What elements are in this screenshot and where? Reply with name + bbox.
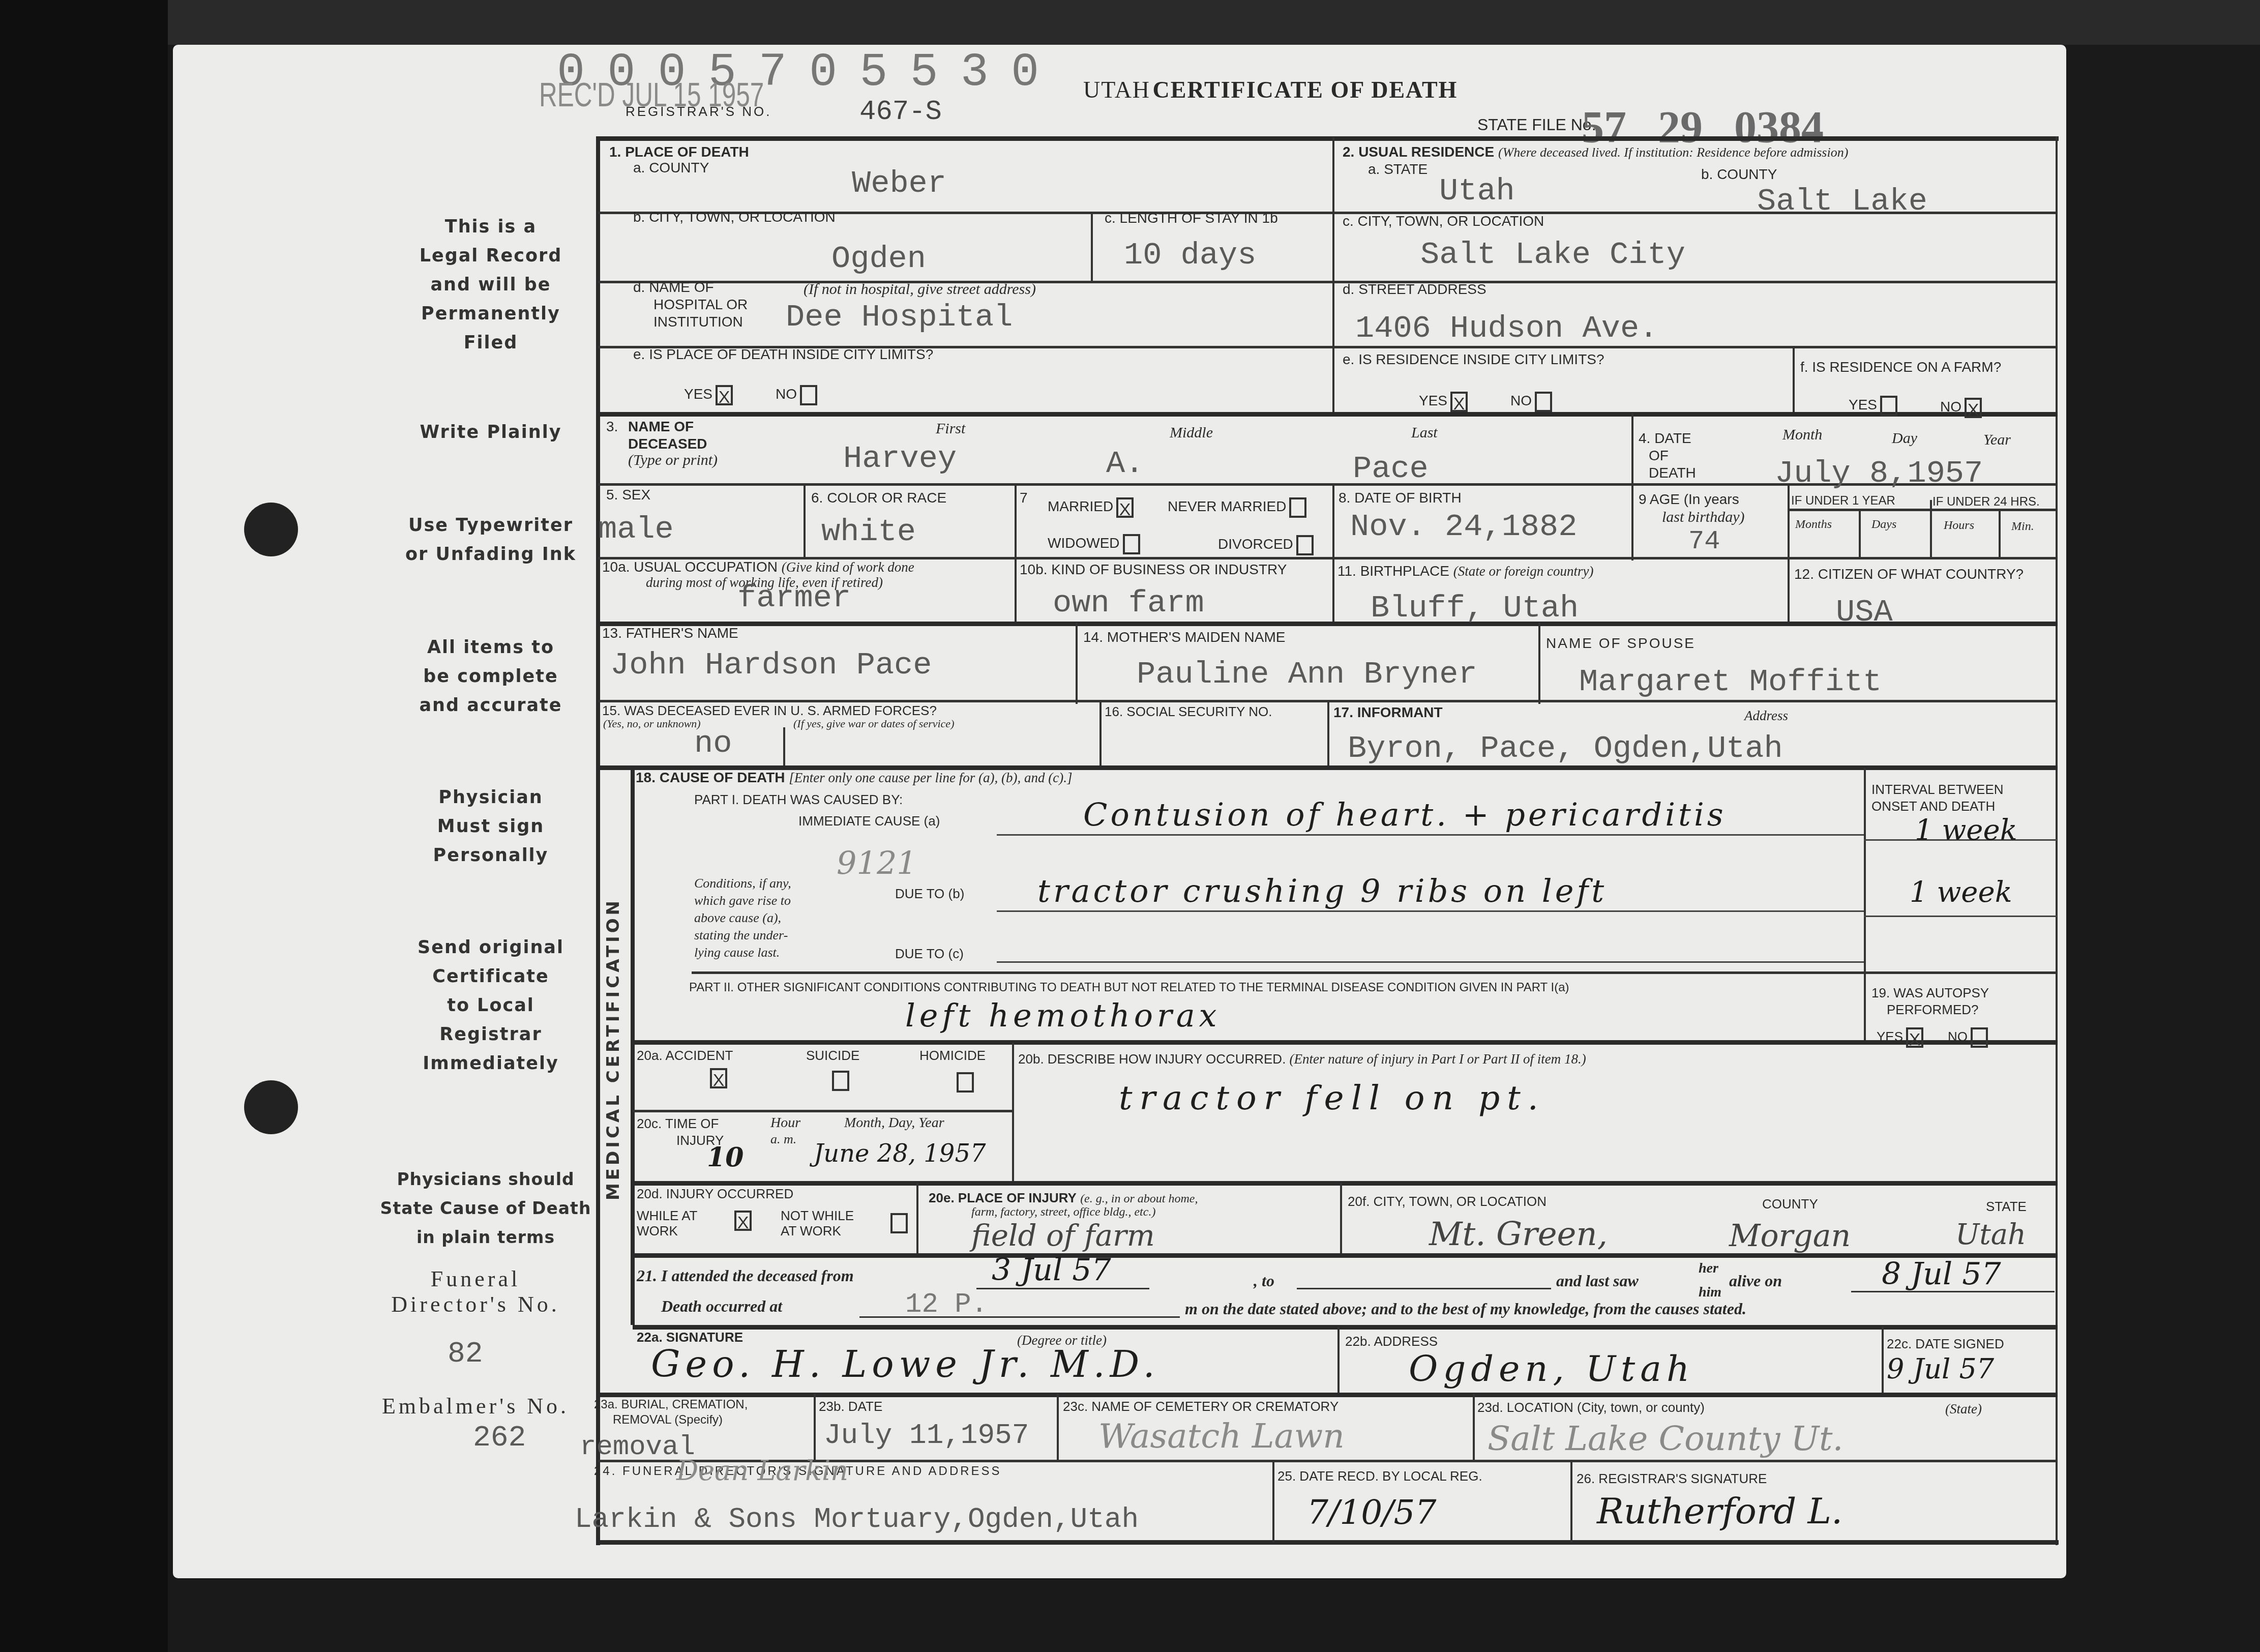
residence-city-label: c. CITY, TOWN, OR LOCATION — [1343, 213, 1544, 230]
due-to-c-label: DUE TO (c) — [895, 945, 964, 962]
location-state-label: (State) — [1945, 1401, 1982, 1417]
farm-yes[interactable]: YES — [1849, 396, 1897, 416]
married-option[interactable]: MARRIEDX — [1048, 497, 1134, 518]
checkbox-empty-icon — [832, 1071, 849, 1091]
rule — [1570, 1461, 1572, 1542]
informant-address-label: Address — [1744, 708, 1788, 724]
attended-from-line — [976, 1288, 1149, 1289]
residence-city-limits-label: e. IS RESIDENCE INSIDE CITY LIMITS? — [1343, 351, 1604, 368]
date-of-death-label-1: 4. DATE — [1639, 430, 1691, 447]
divorced-option[interactable]: DIVORCED — [1218, 535, 1314, 555]
hospital-hint: (If not in hospital, give street address… — [804, 281, 1036, 298]
birthplace-label: 11. BIRTHPLACE (State or foreign country… — [1337, 563, 1593, 580]
margin-note-write-plainly: Write Plainly — [371, 418, 610, 447]
rule — [633, 1040, 2058, 1045]
interval-label-2: ONSET AND DEATH — [1871, 798, 1995, 815]
death-statement: m on the date stated above; and to the b… — [1185, 1300, 1746, 1318]
physician-address-label: 22b. ADDRESS — [1345, 1333, 1438, 1350]
name-hint: (Type or print) — [628, 452, 718, 469]
residence-county-label: b. COUNTY — [1701, 166, 1777, 183]
autopsy-no[interactable]: NO — [1948, 1027, 1988, 1048]
rule — [1076, 623, 1078, 704]
checkbox-empty-icon — [1123, 534, 1140, 554]
citizen-label: 12. CITIZEN OF WHAT COUNTRY? — [1794, 566, 2024, 583]
rule — [633, 1325, 2058, 1330]
cemetery-value[interactable]: Wasatch Lawn — [1098, 1417, 1345, 1456]
race-label: 6. COLOR OR RACE — [811, 489, 946, 507]
how-injury-value[interactable]: tractor fell on pt. — [1119, 1078, 1545, 1117]
month-label: Month — [1782, 426, 1822, 444]
death-city-limits-label: e. IS PLACE OF DEATH INSIDE CITY LIMITS? — [633, 346, 933, 363]
last-saw-line — [1851, 1291, 2055, 1292]
rule — [1859, 509, 1861, 558]
burial-date-label: 23b. DATE — [819, 1398, 882, 1415]
attended-to-line — [1297, 1288, 1551, 1289]
occupation-value[interactable]: farmer — [737, 580, 851, 616]
funeral-director-no-label: FuneralDirector's No. — [356, 1266, 595, 1317]
checkbox-empty-icon — [1535, 392, 1552, 412]
citizen-value[interactable]: USA — [1836, 594, 1893, 630]
title-text: CERTIFICATE OF DEATH — [1153, 77, 1458, 103]
rule — [1099, 701, 1102, 767]
rule — [1930, 500, 1932, 558]
year-label: Year — [1983, 431, 2011, 449]
attended-label: 21. I attended the deceased from — [637, 1266, 854, 1285]
death-city-limits-yes[interactable]: YESX — [684, 385, 733, 405]
injury-county-value[interactable]: Morgan — [1729, 1218, 1851, 1254]
rule — [1882, 1326, 1884, 1395]
rule — [633, 1181, 2058, 1186]
sex-label: 5. SEX — [606, 486, 650, 504]
injury-state-value[interactable]: Utah — [1955, 1218, 2026, 1251]
while-at-work-checkbox[interactable]: X — [731, 1211, 752, 1231]
rule — [1332, 483, 1334, 623]
checkbox-empty-icon — [1296, 535, 1314, 555]
physician-address-value[interactable]: Ogden, Utah — [1409, 1348, 1694, 1390]
mother-value[interactable]: Pauline Ann Bryner — [1137, 656, 1477, 692]
embalmer-no-label: Embalmer's No. — [356, 1394, 595, 1419]
divider-residence — [1332, 137, 1334, 415]
registrar-no-value: 467-S — [859, 97, 942, 128]
residence-city-limits-yes[interactable]: YESX — [1419, 392, 1468, 412]
death-city-label: b. CITY, TOWN, OR LOCATION — [633, 209, 836, 226]
checkbox-checked-icon: X — [1450, 392, 1468, 412]
burial-label-2: REMOVAL (Specify) — [613, 1411, 723, 1429]
rule — [598, 412, 2058, 417]
last-name-value[interactable]: Pace — [1353, 451, 1429, 487]
rule — [1999, 509, 2001, 558]
death-city-limits-no[interactable]: NO — [776, 385, 817, 405]
date-of-death-label-3: DEATH — [1649, 464, 1696, 482]
medical-certification-label: MEDICAL CERTIFICATION — [603, 898, 623, 1200]
checkbox-checked-icon: X — [1116, 497, 1134, 518]
dob-label: 8. DATE OF BIRTH — [1339, 489, 1462, 507]
registrar-no-label: REGISTRAR'S NO. — [626, 103, 771, 120]
hours-label: Hours — [1944, 519, 1974, 533]
rule — [1864, 916, 2057, 917]
checkbox-checked-icon: X — [734, 1211, 752, 1231]
months-label: Months — [1795, 518, 1832, 532]
street-address-label: d. STREET ADDRESS — [1343, 281, 1486, 298]
rule — [783, 727, 785, 768]
interval-label-1: INTERVAL BETWEEN — [1871, 781, 2004, 798]
rule — [1631, 413, 1633, 560]
under-1-year-label: IF UNDER 1 YEAR — [1791, 492, 1895, 510]
time-of-injury-label-1: 20c. TIME OF — [637, 1115, 719, 1132]
father-label: 13. FATHER'S NAME — [602, 625, 738, 642]
date-signed-value[interactable]: 9 Jul 57 — [1887, 1353, 1994, 1385]
hospital-label-2: HOSPITAL OR — [653, 296, 748, 313]
name-label-num: 3. — [606, 418, 618, 435]
days-label: Days — [1871, 518, 1896, 532]
hospital-label-1: d. NAME OF — [633, 279, 714, 296]
am-label: a. m. — [770, 1132, 796, 1147]
race-value[interactable]: white — [821, 514, 916, 550]
under-24-hrs-label: IF UNDER 24 HRS. — [1932, 493, 2040, 511]
residence-city-value[interactable]: Salt Lake City — [1420, 237, 1685, 273]
margin-note-typewriter: Use Typewriteror Unfading Ink — [371, 511, 610, 569]
him-label: him — [1699, 1284, 1721, 1301]
middle-name-value[interactable]: A. — [1106, 446, 1144, 482]
location-value[interactable]: Salt Lake County Ut. — [1488, 1419, 1843, 1458]
rule — [1793, 346, 1795, 415]
checkbox-checked-icon: X — [1906, 1027, 1923, 1048]
place-of-injury-label: 20e. PLACE OF INJURY (e. g., in or about… — [929, 1189, 1198, 1207]
burial-date-value[interactable]: July 11,1957 — [824, 1419, 1029, 1452]
first-name-value[interactable]: Harvey — [843, 440, 957, 477]
date-of-death-label-2: OF — [1649, 447, 1669, 464]
immediate-cause-label: IMMEDIATE CAUSE (a) — [798, 812, 940, 830]
due-to-b-value[interactable]: tractor crushing 9 ribs on left — [1037, 872, 1607, 909]
accident-checkbox[interactable]: X — [707, 1068, 727, 1088]
death-occurred-label: Death occurred at — [661, 1297, 782, 1316]
mother-label: 14. MOTHER'S MAIDEN NAME — [1083, 629, 1285, 646]
how-injury-label: 20b. DESCRIBE HOW INJURY OCCURRED. (Ente… — [1018, 1050, 1586, 1068]
widowed-option[interactable]: WIDOWED — [1048, 534, 1140, 554]
age-label: 9 AGE (In years — [1639, 491, 1739, 508]
form-bottom-border — [598, 1540, 2059, 1545]
time-of-injury-hour[interactable]: 10 — [707, 1142, 744, 1173]
rule — [1012, 1043, 1014, 1183]
checkbox-empty-icon — [1880, 396, 1897, 416]
rule — [633, 1110, 1014, 1112]
last-name-label: Last — [1411, 424, 1438, 441]
length-of-stay-label: c. LENGTH OF STAY IN 1b — [1105, 210, 1278, 227]
homicide-checkbox[interactable] — [954, 1072, 974, 1093]
rule — [1272, 1461, 1274, 1542]
business-label: 10b. KIND OF BUSINESS OR INDUSTRY — [1020, 561, 1287, 578]
rule — [997, 961, 1864, 963]
hospital-label-3: INSTITUTION — [653, 313, 743, 331]
injury-city-label: 20f. CITY, TOWN, OR LOCATION — [1348, 1193, 1547, 1210]
usual-residence-label: 2. USUAL RESIDENCE (Where deceased lived… — [1343, 143, 1848, 161]
hospital-value[interactable]: Dee Hospital — [786, 299, 1013, 335]
rule — [1337, 1326, 1340, 1395]
rule — [1538, 623, 1540, 704]
funeral-director-address[interactable]: Larkin & Sons Mortuary,Ogden,Utah — [575, 1503, 1139, 1536]
age-value[interactable]: 74 — [1688, 526, 1720, 556]
residence-state-label: a. STATE — [1368, 161, 1428, 178]
last-saw-label: and last saw — [1556, 1272, 1639, 1290]
while-at-work-label: WHILE ATWORK — [637, 1208, 697, 1238]
interval-b-value[interactable]: 1 week — [1910, 876, 2012, 909]
mdy-label: Month, Day, Year — [844, 1115, 944, 1131]
informant-value[interactable]: Byron, Pace, Ogden,Utah — [1348, 730, 1783, 766]
to-label: , to — [1254, 1272, 1274, 1290]
part2-value[interactable]: left hemothorax — [905, 997, 1221, 1034]
place-of-injury-value[interactable]: field of farm — [971, 1218, 1155, 1253]
document-title: UTAH CERTIFICATE OF DEATH — [1083, 76, 1458, 103]
homicide-label: HOMICIDE — [919, 1047, 986, 1064]
injury-occurred-label: 20d. INJURY OCCURRED — [637, 1185, 793, 1202]
her-label: her — [1699, 1260, 1718, 1277]
spouse-label: NAME OF SPOUSE — [1546, 635, 1696, 652]
rule — [692, 971, 2057, 974]
death-county-label: a. COUNTY — [633, 159, 709, 176]
rule — [814, 1394, 816, 1461]
burial-label-1: 23a. BURIAL, CREMATION, — [594, 1396, 748, 1413]
ssn-label: 16. SOCIAL SECURITY NO. — [1105, 703, 1272, 720]
part2-label: PART II. OTHER SIGNIFICANT CONDITIONS CO… — [689, 979, 1569, 996]
rule — [916, 1183, 918, 1256]
scan-background-top — [168, 0, 2260, 45]
immediate-cause-value[interactable]: Contusion of heart. + pericarditis — [1083, 796, 1727, 833]
rule — [1091, 212, 1093, 283]
death-time-value[interactable]: 12 P. — [905, 1289, 988, 1320]
name-label-2: DECEASED — [628, 435, 707, 453]
recd-local-label: 25. DATE RECD. BY LOCAL REG. — [1277, 1467, 1482, 1485]
margin-note-legal-record: This is aLegal Recordand will bePermanen… — [371, 213, 610, 358]
rule — [1057, 1394, 1059, 1461]
scan-background-left — [0, 0, 168, 1652]
spouse-value[interactable]: Margaret Moffitt — [1579, 664, 1882, 700]
checkbox-checked-icon: X — [1965, 398, 1982, 418]
recd-local-value[interactable]: 7/10/57 — [1307, 1493, 1436, 1532]
rule — [631, 765, 635, 1325]
rule — [598, 1393, 2058, 1397]
residence-state-value[interactable]: Utah — [1439, 173, 1515, 209]
margin-note-cause-plain-terms: Physicians shouldState Cause of Deathin … — [366, 1165, 605, 1252]
injury-county-label: COUNTY — [1762, 1195, 1818, 1213]
margin-note-send-original: Send originalCertificateto LocalRegistra… — [371, 933, 610, 1078]
state-file-label: STATE FILE No. — [1477, 116, 1596, 133]
armed-forces-value[interactable]: no — [694, 725, 732, 761]
day-label: Day — [1892, 430, 1917, 447]
suicide-label: SUICIDE — [806, 1047, 859, 1064]
attended-from-value[interactable]: 3 Jul 57 — [992, 1252, 1111, 1288]
part1-label: PART I. DEATH WAS CAUSED BY: — [694, 791, 903, 808]
time-of-injury-date[interactable]: June 28, 1957 — [814, 1139, 986, 1168]
funeral-director-no-value: 82 — [448, 1338, 483, 1371]
death-city-value[interactable]: Ogden — [831, 241, 926, 277]
alive-on-label: alive on — [1729, 1272, 1782, 1290]
injury-city-value[interactable]: Mt. Green, — [1429, 1216, 1608, 1253]
title-prefix: UTAH — [1083, 77, 1150, 103]
armed-forces-hint-2: (If yes, give war or dates of service) — [793, 717, 954, 730]
rule — [1864, 768, 1866, 1043]
accident-label: 20a. ACCIDENT — [637, 1047, 733, 1064]
business-value[interactable]: own farm — [1053, 585, 1204, 621]
farm-label: f. IS RESIDENCE ON A FARM? — [1800, 359, 2001, 376]
not-at-work-checkbox[interactable] — [887, 1213, 908, 1233]
marital-num: 7 — [1020, 489, 1028, 507]
margin-note-physician-sign: PhysicianMust signPersonally — [371, 783, 610, 870]
name-label-1: NAME OF — [628, 418, 694, 435]
margin-note-complete: All items tobe completeand accurate — [371, 633, 610, 720]
funeral-director-signature[interactable]: Dean Larkin — [676, 1455, 848, 1487]
rule — [1340, 1183, 1342, 1256]
residence-county-value[interactable]: Salt Lake — [1757, 183, 1927, 219]
date-signed-label: 22c. DATE SIGNED — [1887, 1335, 2004, 1352]
conditions-label: Conditions, if any,which gave rise toabo… — [694, 875, 791, 961]
last-saw-value[interactable]: 8 Jul 57 — [1882, 1256, 2001, 1292]
rule — [997, 834, 1864, 836]
suicide-checkbox[interactable] — [829, 1071, 849, 1091]
hour-label: Hour — [770, 1115, 800, 1131]
embalmer-no-value: 262 — [473, 1422, 526, 1455]
registrar-signature-value[interactable]: Rutherford L. — [1597, 1490, 1842, 1532]
checkbox-checked-icon: X — [710, 1068, 727, 1088]
checkbox-empty-icon — [1289, 497, 1306, 518]
first-name-label: First — [936, 420, 965, 437]
due-to-b-label: DUE TO (b) — [895, 885, 964, 902]
occupation-label: 10a. USUAL OCCUPATION (Give kind of work… — [602, 558, 914, 576]
checkbox-empty-icon — [957, 1072, 974, 1093]
registrar-signature-label: 26. REGISTRAR'S SIGNATURE — [1577, 1470, 1767, 1487]
autopsy-label-1: 19. WAS AUTOPSY — [1871, 984, 1989, 1001]
min-label: Min. — [2011, 520, 2034, 534]
not-at-work-label: NOT WHILEAT WORK — [781, 1208, 854, 1238]
checkbox-checked-icon: X — [716, 385, 733, 405]
rule — [1327, 701, 1329, 767]
interval-a-value[interactable]: 1 week — [1915, 814, 2017, 847]
rule — [804, 483, 806, 558]
place-of-death-label: 1. PLACE OF DEATH — [609, 143, 749, 161]
autopsy-label-2: PERFORMED? — [1887, 1001, 1979, 1018]
checkbox-empty-icon — [890, 1213, 908, 1233]
annotation-code: 9121 — [837, 844, 917, 881]
dob-value[interactable]: Nov. 24,1882 — [1350, 509, 1577, 545]
rule — [633, 1253, 2058, 1258]
street-address-value[interactable]: 1406 Hudson Ave. — [1355, 310, 1658, 346]
cause-of-death-label: 18. CAUSE OF DEATH [Enter only one cause… — [636, 769, 1072, 786]
date-of-death-value[interactable]: July 8,1957 — [1775, 455, 1983, 491]
physician-signature[interactable]: Geo. H. Lowe Jr. M.D. — [651, 1343, 1160, 1385]
armed-forces-label: 15. WAS DECEASED EVER IN U. S. ARMED FOR… — [602, 702, 937, 719]
rule — [997, 910, 1864, 912]
checkbox-empty-icon — [1971, 1027, 1988, 1048]
autopsy-yes[interactable]: YESX — [1877, 1027, 1923, 1048]
armed-forces-hint-1: (Yes, no, or unknown) — [603, 717, 701, 730]
middle-name-label: Middle — [1170, 424, 1213, 441]
punch-hole-bottom — [244, 1080, 298, 1134]
rule — [1788, 483, 1790, 623]
checkbox-empty-icon — [800, 385, 817, 405]
injury-state-label: STATE — [1986, 1198, 2027, 1215]
age-label-2: last birthday) — [1662, 509, 1745, 526]
punch-hole-top — [244, 503, 298, 556]
birthplace-value[interactable]: Bluff, Utah — [1371, 590, 1579, 626]
farm-no[interactable]: NOX — [1940, 398, 1982, 418]
length-of-stay-value[interactable]: 10 days — [1124, 237, 1256, 273]
rule — [1473, 1394, 1475, 1461]
father-value[interactable]: John Hardson Pace — [610, 647, 932, 683]
cemetery-label: 23c. NAME OF CEMETERY OR CREMATORY — [1063, 1398, 1339, 1415]
informant-label: 17. INFORMANT — [1333, 704, 1443, 721]
death-county-value[interactable]: Weber — [852, 165, 946, 201]
residence-city-limits-no[interactable]: NO — [1510, 392, 1552, 412]
never-married-option[interactable]: NEVER MARRIED — [1168, 497, 1306, 518]
sex-value[interactable]: male — [598, 511, 674, 547]
form-top-border — [598, 136, 2059, 141]
place-of-injury-hint-2: farm, factory, street, office bldg., etc… — [971, 1205, 1155, 1219]
location-label: 23d. LOCATION (City, town, or county) — [1477, 1399, 1705, 1416]
rule — [1015, 483, 1017, 623]
